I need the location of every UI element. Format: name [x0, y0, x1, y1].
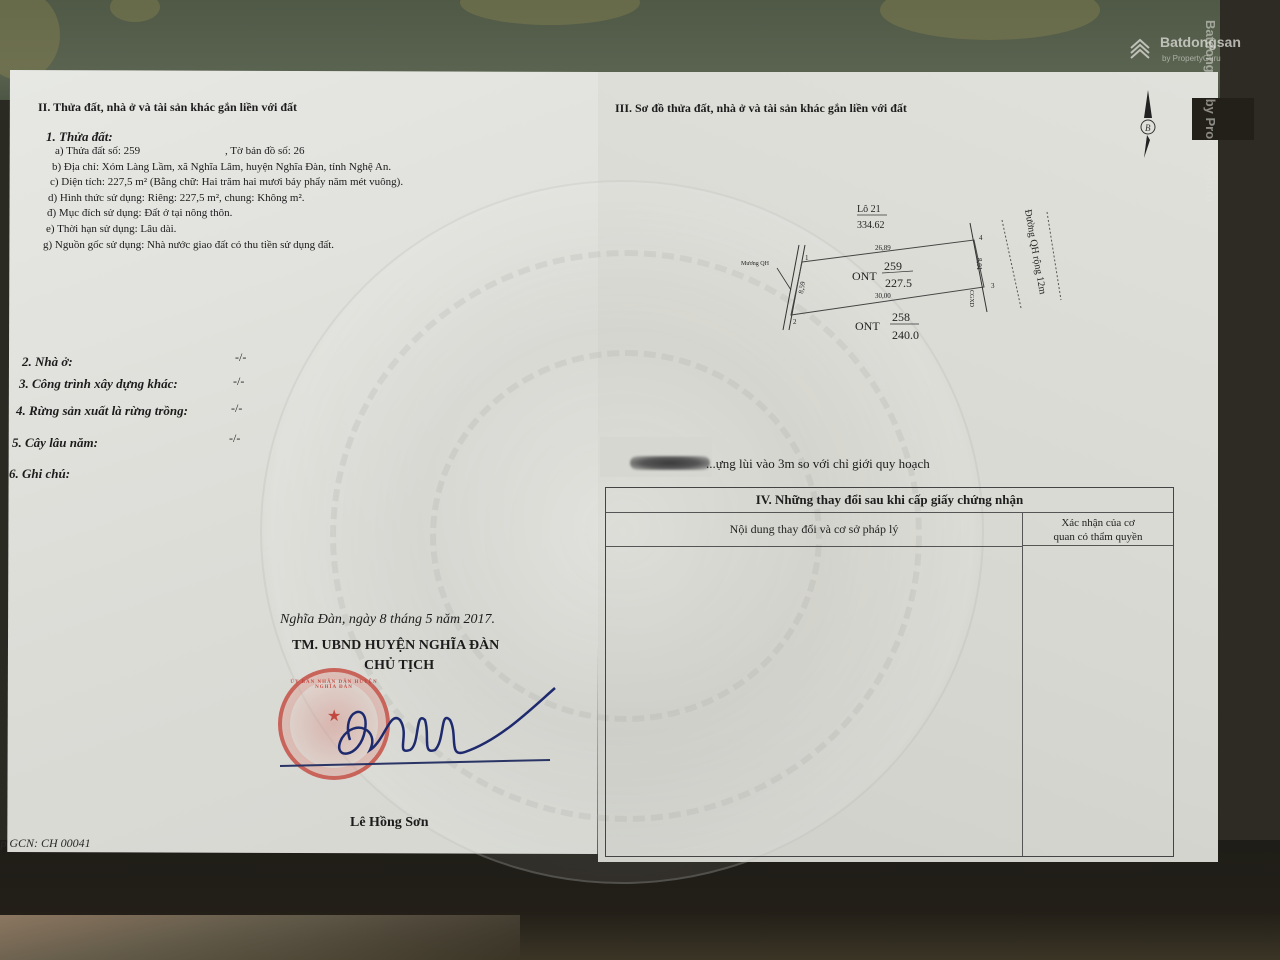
notes-label: 6. Ghi chú:: [9, 466, 70, 482]
usage-duration: e) Thời hạn sử dụng: Lâu dài.: [46, 223, 176, 235]
house-label: 2. Nhà ở:: [22, 354, 73, 370]
parcel-type: ONT: [852, 269, 877, 283]
parcel-area: c) Diện tích: 227,5 m² (Bằng chữ: Hai tr…: [50, 176, 403, 188]
usage-origin: g) Nguồn gốc sử dụng: Nhà nước giao đất …: [43, 239, 334, 251]
cloth-pattern: [460, 0, 640, 25]
table-dark-edge: [1220, 0, 1280, 960]
usage-purpose: đ) Mục đích sử dụng: Đất ở tại nông thôn…: [47, 207, 232, 219]
changes-table: IV. Những thay đổi sau khi cấp giấy chứn…: [605, 487, 1174, 857]
svg-text:B: B: [1145, 123, 1151, 133]
section-ii-title: II. Thửa đất, nhà ở và tài sản khác gắn …: [38, 100, 297, 115]
parcel-address: b) Địa chỉ: Xóm Làng Lầm, xã Nghĩa Lâm, …: [52, 161, 391, 173]
parcel-heading: 1. Thửa đất:: [46, 129, 113, 145]
brand-watermark: Batdongsan: [1160, 34, 1241, 50]
usage-form: d) Hình thức sử dụng: Riêng: 227,5 m², c…: [48, 192, 305, 204]
other-construction-value: -/-: [233, 374, 244, 389]
parcel-area-sketch: 227.5: [885, 276, 912, 290]
parcel-number: a) Thửa đất số: 259: [55, 145, 140, 157]
edge-top-length: 26,89: [875, 244, 891, 252]
parcel-number-sketch: 259: [884, 259, 902, 273]
changes-table-title: IV. Những thay đổi sau khi cấp giấy chứn…: [606, 488, 1173, 513]
edge-left-length: 8,59: [797, 280, 807, 294]
section-iii-title: III. Sơ đồ thửa đất, nhà ở và tài sản kh…: [615, 101, 907, 116]
house-value: -/-: [235, 350, 246, 365]
planning-setback-note: ...ựng lùi vào 3m so với chỉ giới quy ho…: [706, 456, 930, 472]
cloth-pattern: [880, 0, 1100, 40]
signature-icon: [270, 680, 570, 790]
map-sheet-number: , Tờ bản đồ số: 26: [225, 145, 305, 157]
edge-bottom-length: 30,00: [875, 292, 891, 300]
signer-name: Lê Hồng Sơn: [350, 815, 429, 831]
perennial-value: -/-: [229, 431, 240, 446]
cloth-pattern: [110, 0, 160, 22]
neighbor-bottom-type: ONT: [855, 319, 880, 333]
neighbor-bottom-number: 258: [892, 310, 910, 324]
perennial-label: 5. Cây lâu năm:: [12, 435, 98, 451]
road-label: Đường QH rộng 12m: [1022, 209, 1048, 296]
neighbor-bottom-area: 240.0: [892, 328, 919, 342]
canal-label: Mương QH: [741, 261, 770, 267]
photo-dark-patch: [1192, 98, 1254, 140]
column-divider: [1022, 513, 1023, 856]
point-3: 3: [991, 282, 995, 290]
signing-place-date: Nghĩa Đàn, ngày 8 tháng 5 năm 2017.: [280, 612, 495, 628]
confirmation-header-line2: quan có thẩm quyền: [1023, 530, 1173, 544]
edge-right-length: 8,01: [975, 258, 983, 271]
redaction-blur: [630, 456, 710, 470]
changes-column-content: Nội dung thay đổi và cơ sở pháp lý: [606, 513, 1022, 547]
confirmation-header-line1: Xác nhận của cơ: [1023, 516, 1173, 530]
parcel-sketch-diagram: Lô 21 334.62 26,89 30,00 8,59 8,01 1 2 3…: [720, 190, 1070, 350]
signer-title: CHỦ TỊCH: [364, 658, 434, 674]
other-construction-label: 3. Công trình xây dựng khác:: [19, 376, 178, 392]
cloth-pattern: [0, 0, 60, 80]
table-glare: [0, 915, 520, 960]
changes-column-confirmation: Xác nhận của cơ quan có thẩm quyền: [1023, 513, 1173, 546]
brand-watermark-vertical: Batdongsan by PropertyGuru: [1203, 20, 1218, 202]
point-1: 1: [805, 254, 809, 262]
batdongsan-logo-icon: [1128, 36, 1152, 60]
issuing-authority: TM. UBND HUYỆN NGHĨA ĐÀN: [292, 638, 499, 654]
point-4: 4: [979, 234, 983, 242]
north-arrow-icon: B: [1133, 90, 1163, 160]
neighbor-top-area: 334.62: [857, 220, 885, 231]
neighbor-top-label: Lô 21: [857, 204, 881, 215]
gcn-number: Số vào sổ cấp GCN: CH 00041: [0, 836, 91, 851]
boundary-label: CGXD: [968, 290, 974, 308]
forest-label: 4. Rừng sản xuất là rừng trồng:: [16, 403, 188, 419]
forest-value: -/-: [231, 401, 242, 416]
point-2: 2: [793, 318, 797, 326]
